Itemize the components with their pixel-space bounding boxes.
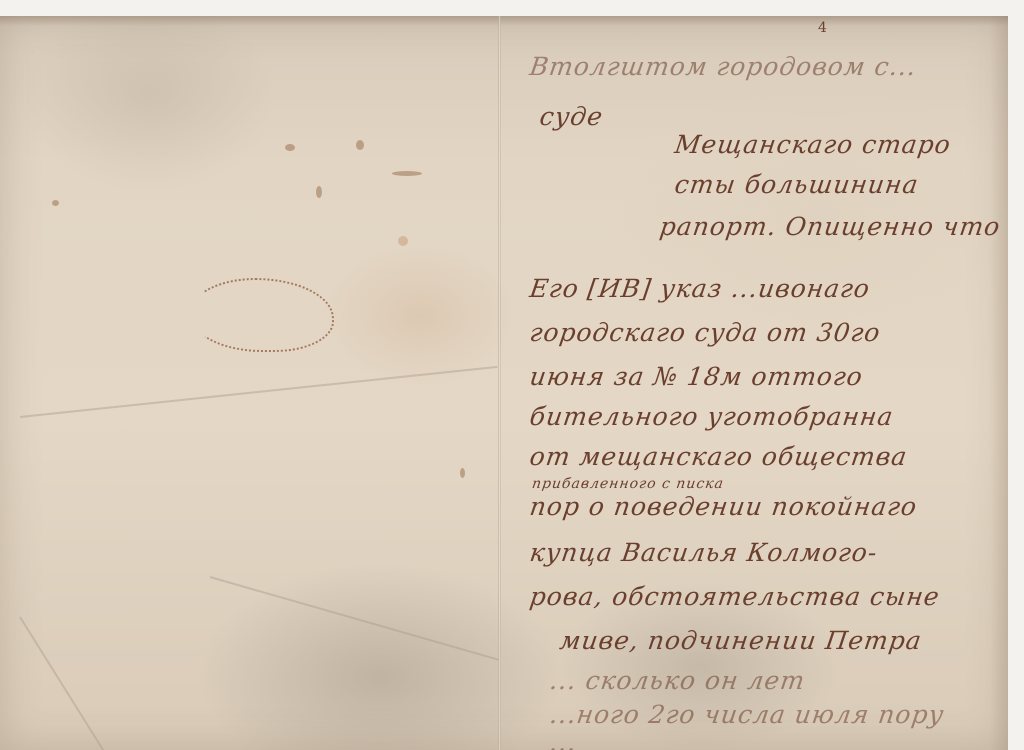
ink-stain [460, 468, 465, 478]
text-line: июня за № 18м оттого [528, 362, 865, 391]
text-line: ... [548, 728, 579, 750]
text-line: ...ного 2го числа июля пору [548, 700, 946, 729]
text-line: от мещанскаго общества [528, 442, 909, 471]
text-line: пор о поведении покойнаго [528, 492, 919, 521]
page-mark: 4 [818, 20, 827, 36]
paper-crease [19, 616, 105, 750]
ink-stain [52, 200, 59, 206]
ink-stain [398, 236, 408, 246]
text-line: миве, подчинении Петра [558, 626, 924, 655]
center-fold [498, 16, 501, 750]
ink-stain [316, 186, 322, 198]
text-line: городскаго суда от 30го [528, 318, 883, 347]
ink-stain [285, 144, 295, 151]
ink-stain [356, 140, 364, 150]
paper-crease [20, 366, 498, 418]
text-line: бительного уготобранна [528, 402, 896, 431]
ink-stain [392, 171, 422, 176]
text-line: суде [538, 102, 605, 131]
text-line: Мещанскаго старо [673, 130, 953, 159]
text-line: купца Василья Колмого- [528, 538, 880, 567]
torn-right-edge [990, 16, 1008, 750]
text-line: ... сколько он лет [548, 666, 807, 695]
text-line-insertion: прибавленного с писка [531, 476, 725, 492]
text-line: Втолгштом городовом с... [528, 52, 919, 81]
ink-loop-mark [190, 278, 334, 352]
paper-crease [210, 576, 499, 661]
text-line: сты большинина [673, 170, 921, 199]
text-line: рова, обстоятельства сыне [528, 582, 942, 611]
text-line: рапорт. Опищенно что [658, 212, 1003, 241]
text-line: Его [ИВ] указ ...ивонаго [528, 274, 872, 303]
